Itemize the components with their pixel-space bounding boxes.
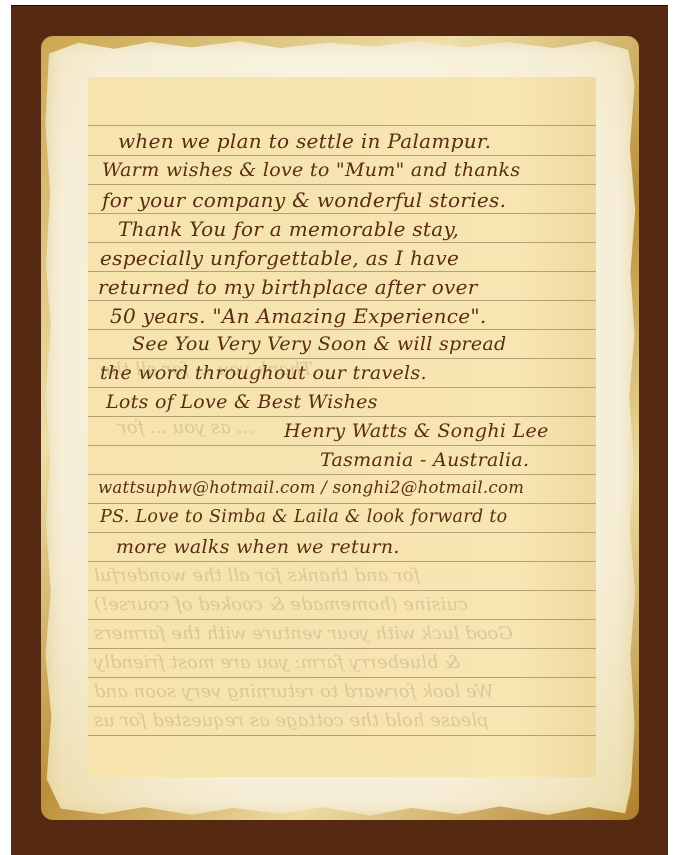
contact-emails: wattsuphw@hotmail.com / songhi2@hotmail.… — [98, 478, 524, 497]
rule-line — [88, 648, 596, 649]
rule-line — [88, 532, 596, 533]
letter-line: for your company & wonderful stories. — [102, 188, 506, 212]
bleed-through-text: please hold the cottage as requested for… — [94, 710, 489, 731]
letter-line: 50 years. "An Amazing Experience". — [110, 304, 487, 328]
bleed-through-text: ... as you ... for — [118, 417, 254, 438]
bleed-through-text: for and thanks for all the wonderful — [94, 565, 420, 586]
postscript-line: more walks when we return. — [116, 536, 400, 558]
letter-line: the word throughout our travels. — [100, 362, 427, 384]
signature-location: Tasmania - Australia. — [320, 449, 529, 471]
rule-line — [88, 300, 596, 301]
postscript-line: PS. Love to Simba & Laila & look forward… — [100, 507, 508, 527]
rule-line — [88, 677, 596, 678]
rule-line — [88, 213, 596, 214]
letter-line: especially unforgettable, as I have — [100, 246, 459, 270]
letter-line: Lots of Love & Best Wishes — [106, 391, 378, 413]
bleed-through-text: Good luck with your venture with the far… — [94, 623, 513, 644]
letter-line: Thank You for a memorable stay, — [118, 217, 459, 241]
bleed-through-text: cuisine (homemade & cooked of course!) — [94, 594, 468, 615]
rule-line — [88, 155, 596, 156]
rule-line — [88, 271, 596, 272]
rule-line — [88, 445, 596, 446]
rule-line — [88, 474, 596, 475]
rule-line — [88, 561, 596, 562]
bleed-through-text: & blueberry farm: you are most friendly — [94, 652, 460, 673]
rule-line — [88, 387, 596, 388]
rule-line — [88, 735, 596, 736]
rule-line — [88, 329, 596, 330]
lined-letter-paper: Thank you ... for all the ... as you ...… — [88, 77, 596, 777]
letter-line: when we plan to settle in Palampur. — [118, 129, 491, 153]
rule-line — [88, 590, 596, 591]
rule-line — [88, 706, 596, 707]
bleed-through-text: We look forward to returning very soon a… — [94, 681, 494, 702]
rule-line — [88, 619, 596, 620]
rule-line — [88, 125, 596, 126]
rule-line — [88, 503, 596, 504]
letter-line: Warm wishes & love to "Mum" and thanks — [102, 159, 520, 181]
letter-line: returned to my birthplace after over — [98, 275, 478, 299]
letter-line: See You Very Very Soon & will spread — [132, 333, 507, 355]
rule-line — [88, 242, 596, 243]
rule-line — [88, 184, 596, 185]
signature-names: Henry Watts & Songhi Lee — [284, 420, 549, 442]
